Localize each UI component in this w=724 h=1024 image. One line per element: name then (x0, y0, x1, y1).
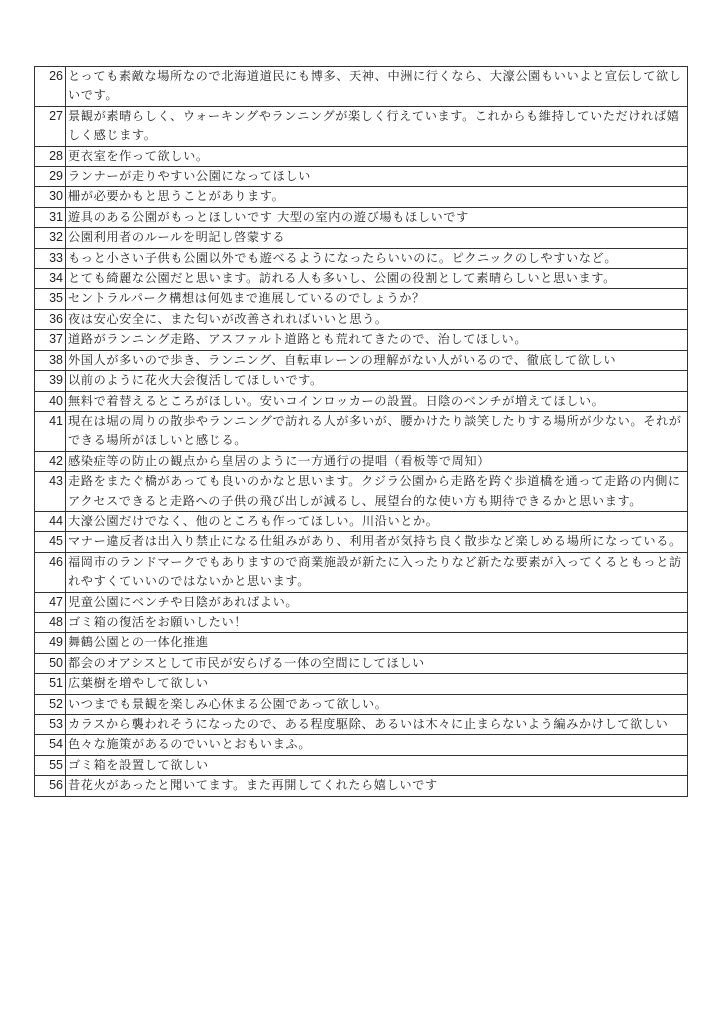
row-number: 27 (35, 106, 66, 146)
document-page: 26とっても素敵な場所なので北海道道民にも博多、天神、中洲に行くなら、大濠公園も… (34, 66, 688, 797)
row-number: 54 (35, 735, 66, 755)
comment-text: 福岡市のランドマークでもありますので商業施設が新たに入ったりなど新たな要素が入っ… (66, 552, 688, 592)
comment-text: 公園利用者のルールを明記し啓蒙する (66, 228, 688, 248)
comment-text: セントラルパーク構想は何処まで進展しているのでしょうか？ (66, 289, 688, 309)
table-row: 46福岡市のランドマークでもありますので商業施設が新たに入ったりなど新たな要素が… (35, 552, 688, 592)
table-row: 34とても綺麗な公園だと思います。訪れる人も多いし、公園の役割として素晴らしいと… (35, 269, 688, 289)
comment-text: 色々な施策があるのでいいとおもいまふ。 (66, 735, 688, 755)
comment-text: 以前のように花火大会復活してほしいです。 (66, 371, 688, 391)
row-number: 26 (35, 67, 66, 107)
table-row: 39以前のように花火大会復活してほしいです。 (35, 371, 688, 391)
comment-text: 児童公園にベンチや日陰があればよい。 (66, 592, 688, 612)
row-number: 52 (35, 694, 66, 714)
table-row: 36夜は安心安全に、また匂いが改善されればいいと思う。 (35, 309, 688, 329)
table-row: 33もっと小さい子供も公園以外でも遊べるようになったらいいのに。ピクニックのしや… (35, 248, 688, 268)
comment-text: ゴミ箱を設置して欲しい (66, 755, 688, 775)
comment-text: 感染症等の防止の観点から皇居のように一方通行の提唱（看板等で周知） (66, 451, 688, 471)
row-number: 35 (35, 289, 66, 309)
row-number: 34 (35, 269, 66, 289)
table-row: 49舞鶴公園との一体化推進 (35, 633, 688, 653)
comment-text: マナー違反者は出入り禁止になる仕組みがあり、利用者が気持ち良く散歩など楽しめる場… (66, 532, 688, 552)
row-number: 51 (35, 674, 66, 694)
table-row: 51広葉樹を増やして欲しい (35, 674, 688, 694)
table-row: 27景観が素晴らしく、ウォーキングやランニングが楽しく行えています。これからも維… (35, 106, 688, 146)
row-number: 28 (35, 146, 66, 166)
row-number: 30 (35, 187, 66, 207)
table-row: 52いつまでも景観を楽しみ心休まる公園であって欲しい。 (35, 694, 688, 714)
row-number: 38 (35, 350, 66, 370)
comment-text: 外国人が多いので歩き、ランニング、自転車レーンの理解がない人がいるので、徹底して… (66, 350, 688, 370)
table-row: 40無料で着替えるところがほしい。安いコインロッカーの設置。日陰のベンチが増えて… (35, 391, 688, 411)
table-row: 30柵が必要かもと思うことがあります。 (35, 187, 688, 207)
comment-text: 景観が素晴らしく、ウォーキングやランニングが楽しく行えています。これからも維持し… (66, 106, 688, 146)
table-row: 55ゴミ箱を設置して欲しい (35, 755, 688, 775)
table-row: 26とっても素敵な場所なので北海道道民にも博多、天神、中洲に行くなら、大濠公園も… (35, 67, 688, 107)
row-number: 50 (35, 653, 66, 673)
row-number: 32 (35, 228, 66, 248)
row-number: 47 (35, 592, 66, 612)
row-number: 36 (35, 309, 66, 329)
comment-text: 道路がランニング走路、アスファルト道路とも荒れてきたので、治してほしい。 (66, 330, 688, 350)
comment-text: 柵が必要かもと思うことがあります。 (66, 187, 688, 207)
table-row: 42感染症等の防止の観点から皇居のように一方通行の提唱（看板等で周知） (35, 451, 688, 471)
row-number: 49 (35, 633, 66, 653)
comment-text: 大濠公園だけでなく、他のところも作ってほしい。川沿いとか。 (66, 511, 688, 531)
table-row: 29ランナーが走りやすい公園になってほしい (35, 167, 688, 187)
table-row: 31遊具のある公園がもっとほしいです 大型の室内の遊び場もほしいです (35, 207, 688, 227)
row-number: 56 (35, 776, 66, 796)
row-number: 41 (35, 411, 66, 451)
comment-text: 都会のオアシスとして市民が安らげる一体の空間にしてほしい (66, 653, 688, 673)
comment-text: 無料で着替えるところがほしい。安いコインロッカーの設置。日陰のベンチが増えてほし… (66, 391, 688, 411)
table-row: 50都会のオアシスとして市民が安らげる一体の空間にしてほしい (35, 653, 688, 673)
comment-text: 遊具のある公園がもっとほしいです 大型の室内の遊び場もほしいです (66, 207, 688, 227)
table-row: 28更衣室を作って欲しい。 (35, 146, 688, 166)
table-row: 38外国人が多いので歩き、ランニング、自転車レーンの理解がない人がいるので、徹底… (35, 350, 688, 370)
table-row: 35セントラルパーク構想は何処まで進展しているのでしょうか？ (35, 289, 688, 309)
row-number: 43 (35, 472, 66, 512)
table-row: 43走路をまたぐ橋があっても良いのかなと思います。クジラ公園から走路を跨ぐ歩道橋… (35, 472, 688, 512)
table-row: 41現在は堀の周りの散歩やランニングで訪れる人が多いが、腰かけたり談笑したりする… (35, 411, 688, 451)
table-row: 32公園利用者のルールを明記し啓蒙する (35, 228, 688, 248)
comment-text: カラスから襲われそうになったので、ある程度駆除、あるいは木々に止まらないよう編み… (66, 715, 688, 735)
table-row: 45マナー違反者は出入り禁止になる仕組みがあり、利用者が気持ち良く散歩など楽しめ… (35, 532, 688, 552)
table-row: 48ゴミ箱の復活をお願いしたい！ (35, 612, 688, 632)
row-number: 46 (35, 552, 66, 592)
comment-text: とても綺麗な公園だと思います。訪れる人も多いし、公園の役割として素晴らしいと思い… (66, 269, 688, 289)
comment-text: いつまでも景観を楽しみ心休まる公園であって欲しい。 (66, 694, 688, 714)
table-row: 44大濠公園だけでなく、他のところも作ってほしい。川沿いとか。 (35, 511, 688, 531)
comment-text: ゴミ箱の復活をお願いしたい！ (66, 612, 688, 632)
comment-text: もっと小さい子供も公園以外でも遊べるようになったらいいのに。ピクニックのしやすい… (66, 248, 688, 268)
comment-text: 舞鶴公園との一体化推進 (66, 633, 688, 653)
comments-table: 26とっても素敵な場所なので北海道道民にも博多、天神、中洲に行くなら、大濠公園も… (34, 66, 688, 797)
table-row: 54色々な施策があるのでいいとおもいまふ。 (35, 735, 688, 755)
table-row: 56昔花火があったと聞いてます。また再開してくれたら嬉しいです (35, 776, 688, 796)
comment-text: ランナーが走りやすい公園になってほしい (66, 167, 688, 187)
row-number: 44 (35, 511, 66, 531)
row-number: 48 (35, 612, 66, 632)
row-number: 55 (35, 755, 66, 775)
row-number: 53 (35, 715, 66, 735)
table-row: 53カラスから襲われそうになったので、ある程度駆除、あるいは木々に止まらないよう… (35, 715, 688, 735)
row-number: 29 (35, 167, 66, 187)
table-row: 37道路がランニング走路、アスファルト道路とも荒れてきたので、治してほしい。 (35, 330, 688, 350)
comment-text: とっても素敵な場所なので北海道道民にも博多、天神、中洲に行くなら、大濠公園もいい… (66, 67, 688, 107)
comment-text: 広葉樹を増やして欲しい (66, 674, 688, 694)
row-number: 40 (35, 391, 66, 411)
row-number: 33 (35, 248, 66, 268)
comment-text: 昔花火があったと聞いてます。また再開してくれたら嬉しいです (66, 776, 688, 796)
row-number: 42 (35, 451, 66, 471)
comment-text: 夜は安心安全に、また匂いが改善されればいいと思う。 (66, 309, 688, 329)
comment-text: 現在は堀の周りの散歩やランニングで訪れる人が多いが、腰かけたり談笑したりする場所… (66, 411, 688, 451)
comment-text: 走路をまたぐ橋があっても良いのかなと思います。クジラ公園から走路を跨ぐ歩道橋を通… (66, 472, 688, 512)
row-number: 45 (35, 532, 66, 552)
row-number: 31 (35, 207, 66, 227)
row-number: 39 (35, 371, 66, 391)
table-row: 47児童公園にベンチや日陰があればよい。 (35, 592, 688, 612)
row-number: 37 (35, 330, 66, 350)
comment-text: 更衣室を作って欲しい。 (66, 146, 688, 166)
